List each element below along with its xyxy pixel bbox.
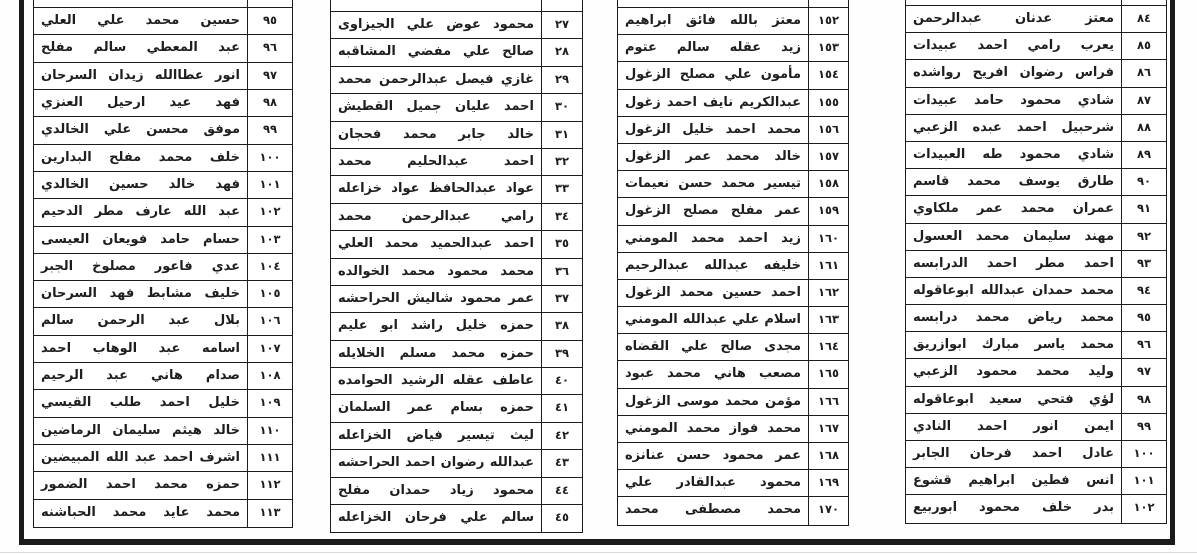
person-name: خالد هيثم سليمان الرماضين xyxy=(34,418,247,444)
table-row: خالد جابر محمد فحجان٣١ xyxy=(331,122,582,149)
row-number xyxy=(541,0,582,11)
row-number: ١٠٠ xyxy=(1121,441,1166,467)
person-name: صالح علي مفضي المشاقبه xyxy=(331,39,541,65)
person-name: عبد الله عارف مطر الدحيم xyxy=(34,199,247,225)
person-name: مهند سليمان محمد العسول xyxy=(906,224,1121,250)
row-number: ١٠١ xyxy=(1121,468,1166,494)
row-number: ١١٠ xyxy=(247,418,292,444)
table-row: بدر خلف محمود ابوربيع١٠٢ xyxy=(906,495,1166,522)
row-number: ٩٠ xyxy=(1121,169,1166,195)
person-name: مأمون علي مصلح الزغول xyxy=(618,62,808,88)
table-row: زيد عقله سالم عتوم١٥٣ xyxy=(618,35,848,62)
table-row: حسين محمد علي العلي٩٥ xyxy=(34,8,292,35)
row-number: ١٠٧ xyxy=(247,336,292,362)
row-number: ٤٥ xyxy=(541,505,582,532)
person-name: زيد عقله سالم عتوم xyxy=(618,35,808,61)
table-row: شرحبيل احمد عبده الزعبي٨٨ xyxy=(906,115,1166,142)
table-row: صالح علي مفضي المشاقبه٢٨ xyxy=(331,39,582,66)
row-number: ٣٢ xyxy=(541,149,582,175)
person-name: شادي محمود طه العبيدات xyxy=(906,142,1121,168)
row-number: ١١٢ xyxy=(247,472,292,498)
row-number: ٩٤ xyxy=(1121,278,1166,304)
person-name: محمد عايد محمد الحباشنه xyxy=(34,500,247,527)
person-name: مصعب هاني محمد عبود xyxy=(618,361,808,387)
row-number: ٨٦ xyxy=(1121,60,1166,86)
table-row: محمد احمد خليل الزغول١٥٦ xyxy=(618,117,848,144)
person-name: وليد محمد محمود الزعبي xyxy=(906,359,1121,385)
person-name: تيسير محمد حسن نعيمات xyxy=(618,171,808,197)
row-number: ١٥٣ xyxy=(808,35,848,61)
row-number: ١٦١ xyxy=(808,253,848,279)
table-row: احمد عبدالحميد محمد العلي٣٥ xyxy=(331,231,582,258)
table-row: وليد محمد محمود الزعبي٩٧ xyxy=(906,359,1166,386)
person-name: محمود عبدالقادر علي زغول xyxy=(618,470,808,496)
row-number: ٣٦ xyxy=(541,259,582,285)
person-name: غازي فيصل عبدالرحمن محمد xyxy=(331,67,541,93)
person-name: حسين محمد علي العلي xyxy=(34,8,247,34)
person-name: محمود عوض علي الجيزاوى xyxy=(331,12,541,38)
table-row: اسامه عبد الوهاب احمد الاغوات١٠٧ xyxy=(34,336,292,363)
page-edge-shadow xyxy=(0,552,1197,554)
table-row: حمزه خليل راشد ابو عليم٣٨ xyxy=(331,313,582,340)
table-row: خالد محمد عمر الزغول١٥٧ xyxy=(618,144,848,171)
table-row: حسام حامد فويعان العيسى١٠٣ xyxy=(34,227,292,254)
person-name: محمد مصطفى محمد الغرايبه xyxy=(618,497,808,524)
table-row: محمد ياسر مبارك ابوازريق٩٦ xyxy=(906,332,1166,359)
row-number: ١٥٦ xyxy=(808,117,848,143)
person-name: خليل احمد طلب القيسي xyxy=(34,390,247,416)
clipped-row xyxy=(618,0,848,8)
row-number: ١٦٩ xyxy=(808,470,848,496)
table-row: عواد عبدالحافظ عواد خزاعله٣٣ xyxy=(331,176,582,203)
person-name: اسلام علي عبدالله المومني xyxy=(618,307,808,333)
row-number: ٩٥ xyxy=(247,8,292,34)
person-name: بلال عبد الرحمن سالم المعايطه xyxy=(34,308,247,334)
person-name: موفق محسن علي الخالدي xyxy=(34,117,247,143)
table-row: محمد عايد محمد الحباشنه١١٣ xyxy=(34,500,292,527)
person-name: خليف مشابط فهد السرحان xyxy=(34,281,247,307)
person-name: حسام حامد فويعان العيسى xyxy=(34,227,247,253)
table-row: خلف محمد مفلح البدارين١٠٠ xyxy=(34,145,292,172)
table-row: شادي محمود طه العبيدات٨٩ xyxy=(906,142,1166,169)
table-row: حمزه محمد مسلم الخلايله٣٩ xyxy=(331,341,582,368)
row-number: ٩٨ xyxy=(1121,387,1166,413)
row-number: ١٦٠ xyxy=(808,226,848,252)
person-name: اسامه عبد الوهاب احمد الاغوات xyxy=(34,336,247,362)
table-row: سالم علي فرحان الخزاعله٤٥ xyxy=(331,505,582,532)
person-name: عمر محمود حسن عنانزه xyxy=(618,443,808,469)
table-row: رامي عبدالرحمن محمد الجرايده٣٤ xyxy=(331,204,582,231)
row-number: ٩٧ xyxy=(1121,359,1166,385)
row-number xyxy=(1121,0,1166,5)
row-number: ١٥٤ xyxy=(808,62,848,88)
person-name: احمد عبدالحليم محمد الشديفات xyxy=(331,149,541,175)
row-number: ٨٨ xyxy=(1121,115,1166,141)
table-row: احمد عبدالحليم محمد الشديفات٣٢ xyxy=(331,149,582,176)
person-name: عدي فاعور مصلوخ الجبر xyxy=(34,254,247,280)
table-row: غازي فيصل عبدالرحمن محمد٢٩ xyxy=(331,67,582,94)
clipped-row xyxy=(331,0,582,12)
row-number: ١٥٥ xyxy=(808,90,848,116)
table-row: اسلام علي عبدالله المومني١٦٣ xyxy=(618,307,848,334)
row-number: ٤٣ xyxy=(541,450,582,476)
person-name: ايمن انور احمد النادي xyxy=(906,414,1121,440)
row-number: ٩٩ xyxy=(247,117,292,143)
row-number: ١٠٨ xyxy=(247,363,292,389)
table-row: عمر محمود شاليش الحراحشه٣٧ xyxy=(331,286,582,313)
person-name: احمد عبدالحميد محمد العلي xyxy=(331,231,541,257)
person-name: محمد احمد خليل الزغول xyxy=(618,117,808,143)
names-table-column-4: معتز عدنان عبدالرحمن الروسان٨٤يعرب رامي … xyxy=(905,0,1167,524)
table-row: عدي فاعور مصلوخ الجبر١٠٤ xyxy=(34,254,292,281)
row-number: ٣٩ xyxy=(541,341,582,367)
row-number: ١٦٧ xyxy=(808,416,848,442)
person-name: عادل احمد فرحان الجابر xyxy=(906,441,1121,467)
table-row: مهند سليمان محمد العسول٩٢ xyxy=(906,224,1166,251)
person-name: احمد عليان جميل القطيش xyxy=(331,94,541,120)
row-number: ٨٧ xyxy=(1121,88,1166,114)
table-row: محمد فواز محمد المومني١٦٧ xyxy=(618,416,848,443)
row-number: ٩٩ xyxy=(1121,414,1166,440)
row-number: ١٠٣ xyxy=(247,227,292,253)
row-number: ٣٠ xyxy=(541,94,582,120)
row-number: ٢٨ xyxy=(541,39,582,65)
table-row: خليف مشابط فهد السرحان١٠٥ xyxy=(34,281,292,308)
table-row: زيد احمد محمد المومني١٦٠ xyxy=(618,226,848,253)
table-row: مأمون علي مصلح الزغول١٥٤ xyxy=(618,62,848,89)
person-name: محمد حمدان عبدالله ابوعاقوله xyxy=(906,278,1121,304)
page-border-bottom xyxy=(19,539,1175,545)
person-name: فراس رضوان افريح رواشده xyxy=(906,60,1121,86)
person-name: حمزه خليل راشد ابو عليم xyxy=(331,313,541,339)
person-name: عمران محمد عمر ملكاوي xyxy=(906,196,1121,222)
table-row: عبدالله رضوان احمد الحراحشه٤٣ xyxy=(331,450,582,477)
table-row: محمد مصطفى محمد الغرايبه١٧٠ xyxy=(618,497,848,524)
row-number: ١٦٣ xyxy=(808,307,848,333)
row-number: ٤٠ xyxy=(541,368,582,394)
row-number: ٩٢ xyxy=(1121,224,1166,250)
row-number: ١٠١ xyxy=(247,172,292,198)
row-number: ١٥٩ xyxy=(808,198,848,224)
person-name: عبد المعطي سالم مفلح السرحان xyxy=(34,35,247,61)
person-name: احمد مطر احمد الدرابسه xyxy=(906,251,1121,277)
row-number: ١٥٨ xyxy=(808,171,848,197)
row-number: ٣١ xyxy=(541,122,582,148)
table-row: عبدالكريم نايف احمد زغول١٥٥ xyxy=(618,90,848,117)
person-name: فهد خالد حسين الخالدي xyxy=(34,172,247,198)
table-row: بلال عبد الرحمن سالم المعايطه١٠٦ xyxy=(34,308,292,335)
person-name: مؤمن محمد موسى الزغول xyxy=(618,389,808,415)
person-name: انور عطاالله زيدان السرحان xyxy=(34,63,247,89)
table-row: معتز عدنان عبدالرحمن الروسان٨٤ xyxy=(906,6,1166,33)
row-number: ١٠٤ xyxy=(247,254,292,280)
table-row: فراس رضوان افريح رواشده٨٦ xyxy=(906,60,1166,87)
row-number: ٩٥ xyxy=(1121,305,1166,331)
scanned-document-page: حسين محمد علي العلي٩٥عبد المعطي سالم مفل… xyxy=(0,0,1197,555)
table-row: محمد رياض محمد درابسه٩٥ xyxy=(906,305,1166,332)
table-row: ايمن انور احمد النادي٩٩ xyxy=(906,414,1166,441)
table-row: احمد مطر احمد الدرابسه٩٣ xyxy=(906,251,1166,278)
row-number: ١٥٧ xyxy=(808,144,848,170)
person-name: محمد محمود محمد الخوالده xyxy=(331,259,541,285)
table-row: خليفه عبدالله عبدالرحيم القوافنه١٦١ xyxy=(618,253,848,280)
person-name: احمد حسين محمد الزغول xyxy=(618,280,808,306)
person-name: عبدالله رضوان احمد الحراحشه xyxy=(331,450,541,476)
person-name: سالم علي فرحان الخزاعله xyxy=(331,505,541,532)
person-name: خلف محمد مفلح البدارين xyxy=(34,145,247,171)
table-row: تيسير محمد حسن نعيمات١٥٨ xyxy=(618,171,848,198)
person-name: خالد محمد عمر الزغول xyxy=(618,144,808,170)
clipped-row xyxy=(34,0,292,8)
person-name: يعرب رامي احمد عبيدات xyxy=(906,33,1121,59)
row-number: ٣٥ xyxy=(541,231,582,257)
person-name: صدام هاني عبد الرحيم الملاحمه xyxy=(34,363,247,389)
person-name: زيد احمد محمد المومني xyxy=(618,226,808,252)
person-name: عاطف عقله الرشيد الحوامده xyxy=(331,368,541,394)
row-number: ٢٧ xyxy=(541,12,582,38)
person-name: لؤي فتحي سعيد ابوعاقوله xyxy=(906,387,1121,413)
person-name xyxy=(906,0,1121,5)
person-name: محمد رياض محمد درابسه xyxy=(906,305,1121,331)
table-row: احمد حسين محمد الزغول١٦٢ xyxy=(618,280,848,307)
page-border-left xyxy=(19,0,24,544)
table-row: عمران محمد عمر ملكاوي٩١ xyxy=(906,196,1166,223)
table-row: خالد هيثم سليمان الرماضين١١٠ xyxy=(34,418,292,445)
person-name: شرحبيل احمد عبده الزعبي xyxy=(906,115,1121,141)
person-name: رامي عبدالرحمن محمد الجرايده xyxy=(331,204,541,230)
person-name: محمد ياسر مبارك ابوازريق xyxy=(906,332,1121,358)
table-row: اشرف احمد عبد الله المبيضين١١١ xyxy=(34,445,292,472)
row-number: ٣٧ xyxy=(541,286,582,312)
row-number: ٩١ xyxy=(1121,196,1166,222)
row-number: ١١١ xyxy=(247,445,292,471)
row-number: ١٠٠ xyxy=(247,145,292,171)
person-name: خليفه عبدالله عبدالرحيم القوافنه xyxy=(618,253,808,279)
person-name: محمد فواز محمد المومني xyxy=(618,416,808,442)
names-table-column-2: محمود عوض علي الجيزاوى٢٧صالح علي مفضي ال… xyxy=(330,0,583,533)
person-name: حمزه محمد احمد الضمور xyxy=(34,472,247,498)
row-number: ١٠٢ xyxy=(247,199,292,225)
table-row: حمزه محمد احمد الضمور١١٢ xyxy=(34,472,292,499)
person-name: بدر خلف محمود ابوربيع xyxy=(906,495,1121,522)
table-row: عمر محمود حسن عنانزه١٦٨ xyxy=(618,443,848,470)
row-number: ٩٧ xyxy=(247,63,292,89)
table-row: عادل احمد فرحان الجابر١٠٠ xyxy=(906,441,1166,468)
row-number: ٩٦ xyxy=(247,35,292,61)
table-row: انس فطين ابراهيم قشوع١٠١ xyxy=(906,468,1166,495)
person-name: خالد جابر محمد فحجان xyxy=(331,122,541,148)
row-number: ١٠٥ xyxy=(247,281,292,307)
person-name: ليث تيسير فياض الخزاعله xyxy=(331,423,541,449)
person-name: اشرف احمد عبد الله المبيضين xyxy=(34,445,247,471)
person-name: شادي محمود حامد عبيدات xyxy=(906,88,1121,114)
row-number: ٣٨ xyxy=(541,313,582,339)
table-row: طارق يوسف محمد قاسم٩٠ xyxy=(906,169,1166,196)
row-number: ١٠٦ xyxy=(247,308,292,334)
row-number: ٤٤ xyxy=(541,478,582,504)
person-name: مجدى صالح علي القضاه xyxy=(618,334,808,360)
table-row: محمود زياد حمدان مفلح٤٤ xyxy=(331,478,582,505)
person-name: فهد عيد ارحيل العنزي xyxy=(34,90,247,116)
table-row: ليث تيسير فياض الخزاعله٤٢ xyxy=(331,423,582,450)
row-number: ١٦٢ xyxy=(808,280,848,306)
row-number: ٤١ xyxy=(541,395,582,421)
table-row: حمزه بسام عمر السلمان٤١ xyxy=(331,395,582,422)
table-row: محمد محمود محمد الخوالده٣٦ xyxy=(331,259,582,286)
table-row: عبد الله عارف مطر الدحيم١٠٢ xyxy=(34,199,292,226)
row-number: ٣٤ xyxy=(541,204,582,230)
table-row: عاطف عقله الرشيد الحوامده٤٠ xyxy=(331,368,582,395)
person-name: عمر مفلح مصلح الزغول xyxy=(618,198,808,224)
person-name xyxy=(331,0,541,11)
row-number: ١٦٥ xyxy=(808,361,848,387)
page-border-right xyxy=(1170,0,1175,544)
row-number: ١٥٢ xyxy=(808,8,848,34)
table-row: محمد حمدان عبدالله ابوعاقوله٩٤ xyxy=(906,278,1166,305)
row-number: ١٧٠ xyxy=(808,497,848,524)
person-name: انس فطين ابراهيم قشوع xyxy=(906,468,1121,494)
row-number xyxy=(247,0,292,7)
row-number: ٨٥ xyxy=(1121,33,1166,59)
row-number: ٨٩ xyxy=(1121,142,1166,168)
row-number: ٢٩ xyxy=(541,67,582,93)
table-row: فهد عيد ارحيل العنزي٩٨ xyxy=(34,90,292,117)
table-row: عبد المعطي سالم مفلح السرحان٩٦ xyxy=(34,35,292,62)
person-name: معتز عدنان عبدالرحمن الروسان xyxy=(906,6,1121,32)
row-number: ٩٣ xyxy=(1121,251,1166,277)
row-number: ١٠٩ xyxy=(247,390,292,416)
table-row: محمود عوض علي الجيزاوى٢٧ xyxy=(331,12,582,39)
person-name: عبدالكريم نايف احمد زغول xyxy=(618,90,808,116)
table-row: مجدى صالح علي القضاه١٦٤ xyxy=(618,334,848,361)
table-row: عمر مفلح مصلح الزغول١٥٩ xyxy=(618,198,848,225)
table-row: محمود عبدالقادر علي زغول١٦٩ xyxy=(618,470,848,497)
table-row: صدام هاني عبد الرحيم الملاحمه١٠٨ xyxy=(34,363,292,390)
table-row: يعرب رامي احمد عبيدات٨٥ xyxy=(906,33,1166,60)
table-row: احمد عليان جميل القطيش٣٠ xyxy=(331,94,582,121)
person-name xyxy=(618,0,808,7)
table-row: موفق محسن علي الخالدي٩٩ xyxy=(34,117,292,144)
person-name: معتز بالله فائق ابراهيم حمدان xyxy=(618,8,808,34)
row-number: ٣٣ xyxy=(541,176,582,202)
person-name: حمزه بسام عمر السلمان xyxy=(331,395,541,421)
table-row: مصعب هاني محمد عبود١٦٥ xyxy=(618,361,848,388)
names-table-column-1: حسين محمد علي العلي٩٥عبد المعطي سالم مفل… xyxy=(33,0,293,528)
row-number: ٩٨ xyxy=(247,90,292,116)
row-number: ١٦٦ xyxy=(808,389,848,415)
table-row: فهد خالد حسين الخالدي١٠١ xyxy=(34,172,292,199)
row-number: ١١٣ xyxy=(247,500,292,527)
table-row: مؤمن محمد موسى الزغول١٦٦ xyxy=(618,389,848,416)
row-number: ١٠٢ xyxy=(1121,495,1166,522)
names-table-column-3: معتز بالله فائق ابراهيم حمدان١٥٢زيد عقله… xyxy=(617,0,849,526)
table-row: لؤي فتحي سعيد ابوعاقوله٩٨ xyxy=(906,387,1166,414)
table-row: انور عطاالله زيدان السرحان٩٧ xyxy=(34,63,292,90)
row-number: ٩٦ xyxy=(1121,332,1166,358)
person-name: عواد عبدالحافظ عواد خزاعله xyxy=(331,176,541,202)
row-number: ١٦٨ xyxy=(808,443,848,469)
table-row: خليل احمد طلب القيسي١٠٩ xyxy=(34,390,292,417)
person-name: محمود زياد حمدان مفلح xyxy=(331,478,541,504)
row-number: ٤٢ xyxy=(541,423,582,449)
person-name: طارق يوسف محمد قاسم xyxy=(906,169,1121,195)
person-name: حمزه محمد مسلم الخلايله xyxy=(331,341,541,367)
row-number: ١٦٤ xyxy=(808,334,848,360)
table-row: معتز بالله فائق ابراهيم حمدان١٥٢ xyxy=(618,8,848,35)
row-number: ٨٤ xyxy=(1121,6,1166,32)
person-name: عمر محمود شاليش الحراحشه xyxy=(331,286,541,312)
row-number xyxy=(808,0,848,7)
person-name xyxy=(34,0,247,7)
table-row: شادي محمود حامد عبيدات٨٧ xyxy=(906,88,1166,115)
